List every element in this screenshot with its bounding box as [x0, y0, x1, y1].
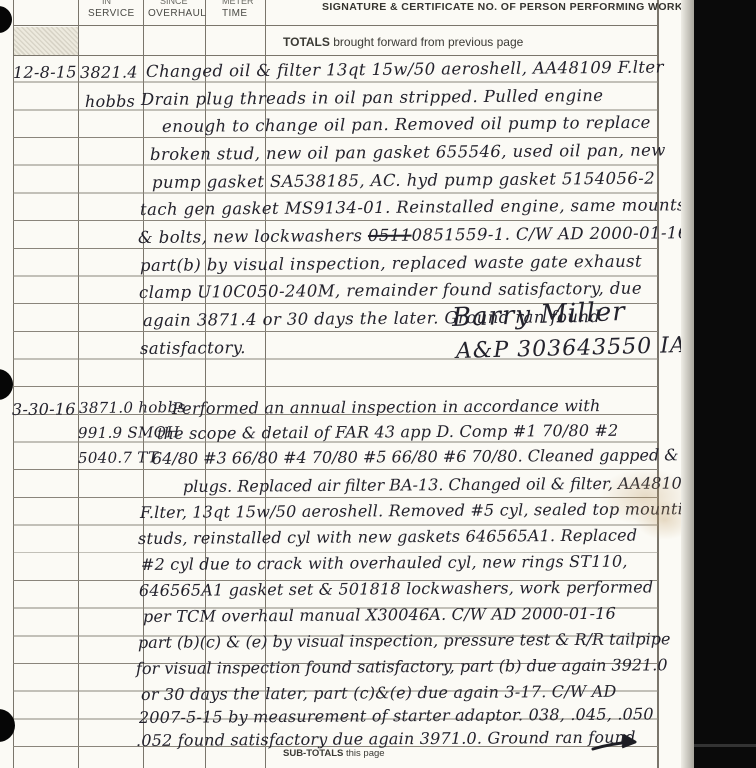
log-line: for visual inspection found satisfactory…: [136, 655, 668, 678]
log-line: .052 found satisfactory due again 3971.0…: [136, 728, 636, 750]
struck-text: 0511: [368, 226, 412, 245]
column-header-time: TIME: [222, 8, 248, 19]
totals-row-label: TOTALS brought forward from previous pag…: [283, 35, 523, 49]
hole-punch: [0, 6, 12, 33]
header-rule: [13, 25, 658, 26]
log-line: 2007-5-15 by measurement of starter adap…: [139, 704, 654, 727]
log-line: Performed an annual inspection in accord…: [172, 396, 601, 418]
totals-label-bold: TOTALS: [283, 35, 330, 49]
entry-date: 12-8-15: [13, 62, 77, 82]
entry-date: 3-30-16: [12, 399, 76, 419]
column-header-service-top: IN: [102, 0, 111, 6]
log-line: studs, reinstalled cyl with new gaskets …: [138, 526, 637, 548]
subtotals-label-rest: this page: [343, 748, 384, 759]
hatched-cell: [14, 27, 78, 55]
entry-time-in-service: 3821.4: [80, 62, 138, 82]
scan-artifact-streak: [694, 744, 756, 747]
paper-edge-shadow: [681, 0, 694, 768]
column-header-overhaul: OVERHAUL: [148, 8, 206, 19]
log-line: #2 cyl due to crack with overhauled cyl,…: [141, 552, 628, 574]
log-line: per TCM overhaul manual X30046A. C/W AD …: [143, 604, 616, 626]
subtotals-label-bold: SUB-TOTALS: [283, 748, 343, 759]
scan-black-band: [694, 0, 756, 768]
column-header-time-top: METER: [222, 0, 254, 6]
totals-label-rest: brought forward from previous page: [330, 35, 523, 49]
entry-time-total: 5040.7 TT: [78, 448, 158, 467]
signature: Barry Miller: [451, 297, 626, 333]
hole-punch: [0, 369, 13, 400]
entry-time-unit: hobbs: [85, 92, 135, 111]
arrow-mark: [590, 730, 644, 758]
logbook-scan-page: IN SERVICE SINCE OVERHAUL METER TIME SIG…: [0, 0, 756, 768]
line-post: 0851559-1. C/W AD 2000-01-16: [411, 223, 688, 244]
log-line: satisfactory.: [140, 338, 246, 358]
subtotals-row-label: SUB-TOTALS this page: [283, 748, 385, 759]
log-line: Drain plug threads in oil pan stripped. …: [141, 86, 604, 109]
log-line: or 30 days the later, part (c)&(e) due a…: [141, 682, 617, 704]
log-line: part (b)(c) & (e) by visual inspection, …: [138, 629, 671, 652]
log-line: the scope & detail of FAR 43 app D. Comp…: [157, 421, 619, 443]
line-pre: & bolts, new lockwashers: [138, 226, 368, 247]
column-header-signature: SIGNATURE & CERTIFICATE NO. OF PERSON PE…: [322, 1, 683, 13]
column-header-overhaul-top: SINCE: [160, 0, 188, 6]
log-line: 646565A1 gasket set & 501818 lockwashers…: [139, 577, 653, 600]
column-header-service: SERVICE: [88, 8, 135, 19]
entry-time-hobbs: 3871.0 hobbs: [79, 398, 186, 417]
